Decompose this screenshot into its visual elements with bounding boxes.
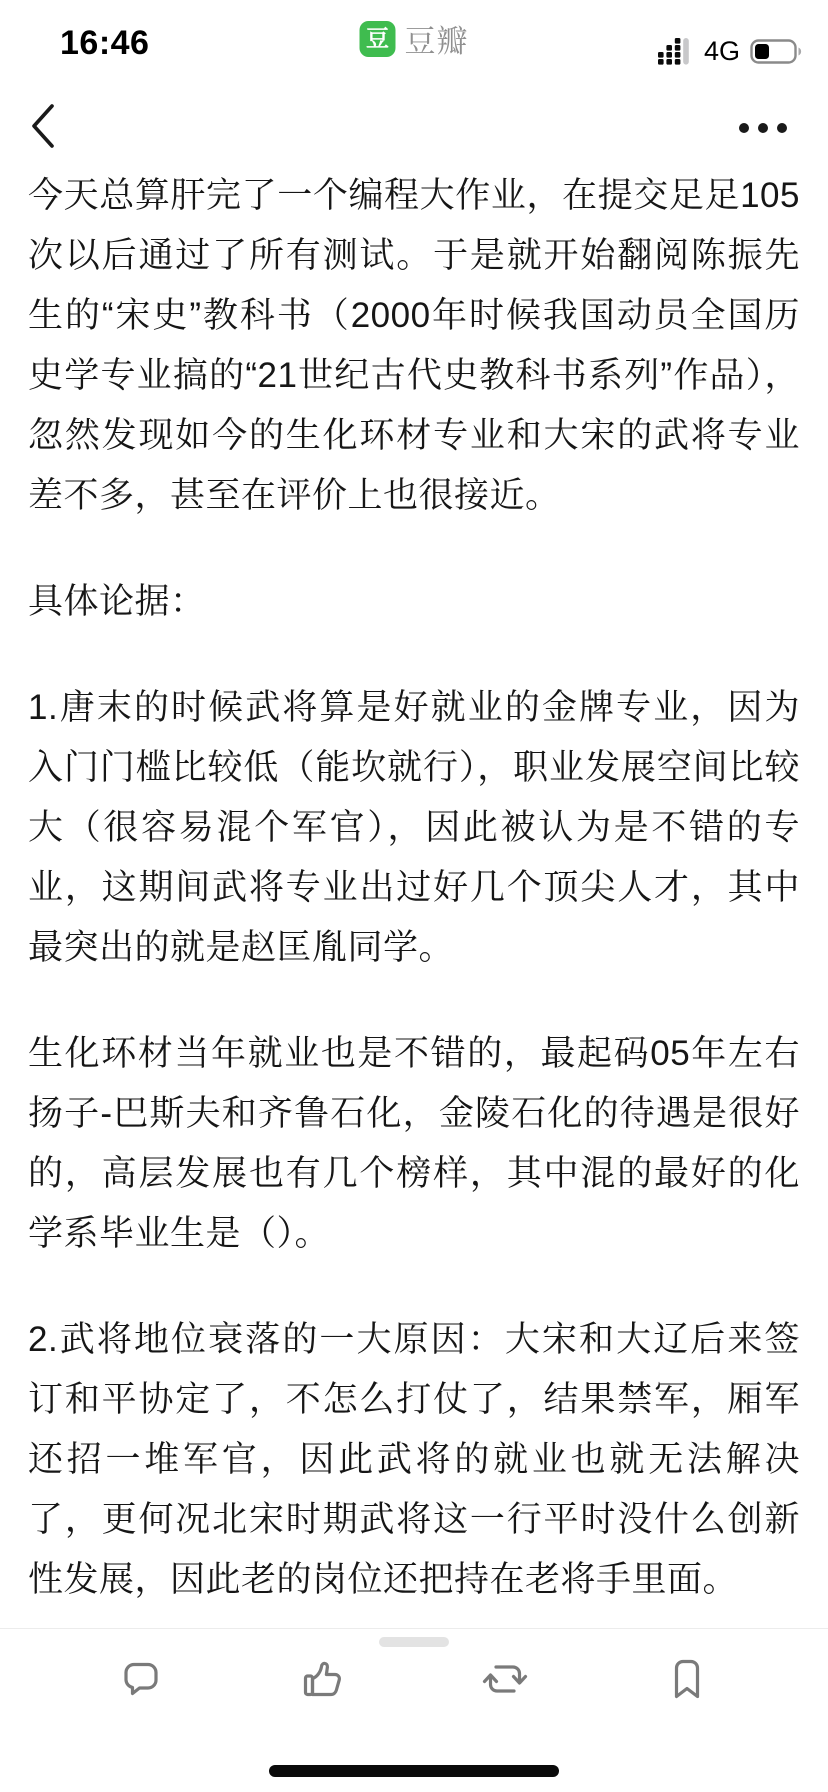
repost-button[interactable] xyxy=(414,1650,596,1708)
post-paragraph: 具体论据： xyxy=(28,572,800,632)
chevron-left-icon xyxy=(30,102,56,150)
post-body: 今天总算肝完了一个编程大作业，在提交足足105次以后通过了所有测试。于是就开始翻… xyxy=(28,166,800,1656)
bookmark-icon xyxy=(671,1658,703,1700)
comment-icon xyxy=(122,1660,160,1698)
douban-badge[interactable]: 豆 豆瓣 xyxy=(360,16,469,61)
bottom-toolbar xyxy=(0,1650,828,1708)
status-indicators: 4G xyxy=(658,36,804,67)
post-paragraph: 今天总算肝完了一个编程大作业，在提交足足105次以后通过了所有测试。于是就开始翻… xyxy=(28,166,800,526)
comment-button[interactable] xyxy=(50,1650,232,1708)
screen: 16:46 豆 豆瓣 4G xyxy=(0,0,828,1792)
douban-app-icon: 豆 xyxy=(360,21,396,57)
bookmark-button[interactable] xyxy=(596,1650,778,1708)
thumbs-up-icon xyxy=(301,1657,345,1701)
douban-app-label: 豆瓣 xyxy=(405,16,469,61)
status-time: 16:46 xyxy=(60,24,149,63)
back-button[interactable] xyxy=(26,98,60,157)
network-type: 4G xyxy=(704,36,740,67)
repost-icon xyxy=(481,1659,529,1699)
drag-handle[interactable] xyxy=(379,1637,449,1647)
post-paragraph: 1.唐末的时候武将算是好就业的金牌专业，因为入门门槛比较低（能坎就行），职业发展… xyxy=(28,678,800,978)
post-paragraph: 生化环材当年就业也是不错的，最起码05年左右扬子-巴斯夫和齐鲁石化，金陵石化的待… xyxy=(28,1024,800,1264)
cellular-signal-icon xyxy=(658,38,694,65)
like-button[interactable] xyxy=(232,1650,414,1708)
ellipsis-icon xyxy=(738,122,788,134)
douban-glyph: 豆 xyxy=(366,27,389,50)
toolbar-divider xyxy=(0,1628,828,1629)
battery-icon xyxy=(750,39,804,64)
more-button[interactable] xyxy=(732,116,794,143)
home-indicator[interactable] xyxy=(269,1765,559,1777)
post-paragraph: 2.武将地位衰落的一大原因：大宋和大辽后来签订和平协定了，不怎么打仗了，结果禁军… xyxy=(28,1310,800,1610)
